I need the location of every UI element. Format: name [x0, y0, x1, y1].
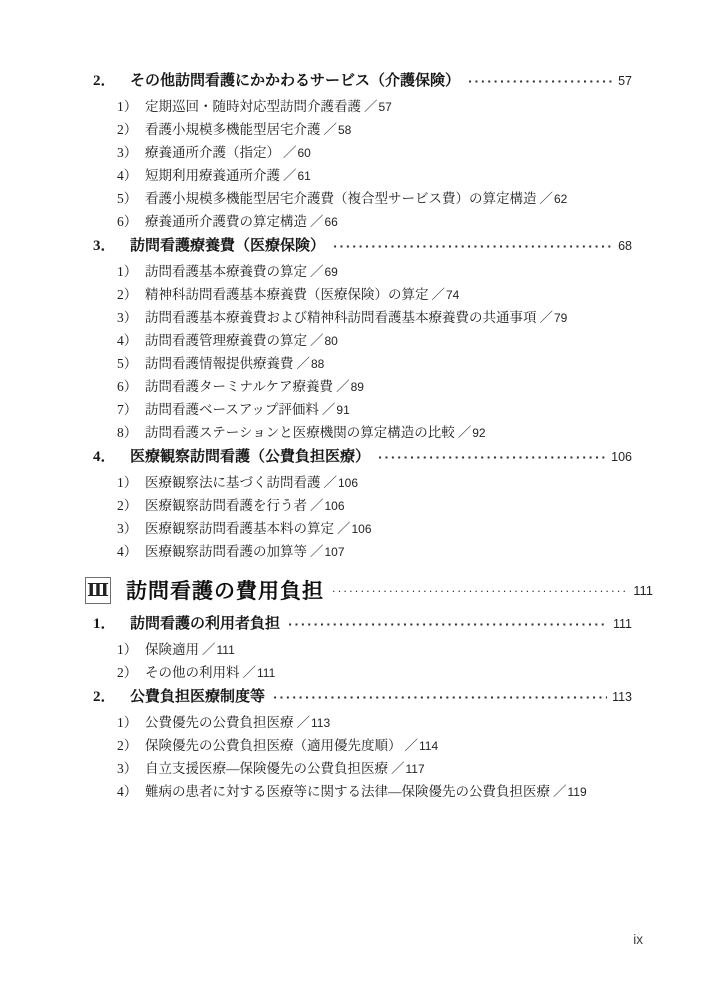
- item-page-number: 107: [325, 541, 345, 564]
- item-title: 看護小規模多機能型居宅介護: [145, 118, 321, 141]
- item-number: 3）: [117, 517, 145, 540]
- section-title: その他訪問看護にかかわるサービス（介護保険）: [130, 68, 460, 95]
- item-page-number: 60: [298, 142, 311, 165]
- dot-leader: [288, 611, 608, 638]
- toc-item: 5） 訪問看護情報提供療養費 ／ 88: [0, 352, 707, 375]
- dot-leader: [273, 684, 607, 711]
- item-page-separator: ／: [297, 352, 311, 375]
- item-number: 4）: [117, 540, 145, 563]
- toc-item: 6） 訪問看護ターミナルケア療養費 ／ 89: [0, 375, 707, 398]
- section-title: 公費負担医療制度等: [130, 684, 265, 711]
- item-page-number: 57: [379, 96, 392, 119]
- item-title: 医療観察法に基づく訪問看護: [145, 471, 321, 494]
- dot-leader: [378, 444, 606, 471]
- section-number: 3．: [93, 233, 130, 260]
- item-number: 2）: [117, 494, 145, 517]
- item-page-number: 111: [257, 662, 275, 685]
- item-page-separator: ／: [364, 95, 378, 118]
- section-page-number: 106: [611, 444, 632, 471]
- toc-part-heading: Ⅲ 訪問看護の費用負担 111: [0, 571, 707, 609]
- item-number: 1）: [117, 95, 145, 118]
- section-number: 1．: [93, 611, 130, 638]
- item-number: 8）: [117, 421, 145, 444]
- toc-item: 3） 訪問看護基本療養費および精神科訪問看護基本療養費の共通事項 ／ 79: [0, 306, 707, 329]
- section-page-number: 57: [618, 68, 632, 95]
- toc-item: 6） 療養通所介護費の算定構造 ／ 66: [0, 210, 707, 233]
- item-page-separator: ／: [324, 118, 338, 141]
- item-page-separator: ／: [310, 329, 324, 352]
- item-page-number: 62: [554, 188, 567, 211]
- item-title: 難病の患者に対する医療等に関する法律―保険優先の公費負担医療: [145, 780, 550, 803]
- toc-item: 1） 保険適用 ／ 111: [0, 638, 707, 661]
- toc-section-heading: 3． 訪問看護療養費（医療保険） 68: [0, 233, 707, 260]
- item-title: 訪問看護ベースアップ評価料: [145, 398, 319, 421]
- section-number: 2．: [93, 68, 130, 95]
- item-title: 訪問看護管理療養費の算定: [145, 329, 307, 352]
- toc-item: 1） 訪問看護基本療養費の算定 ／ 69: [0, 260, 707, 283]
- dot-leader: [332, 585, 628, 598]
- item-page-number: 91: [336, 399, 349, 422]
- item-page-separator: ／: [297, 711, 311, 734]
- item-title: 訪問看護情報提供療養費: [145, 352, 294, 375]
- item-page-number: 69: [325, 261, 338, 284]
- item-number: 1）: [117, 711, 145, 734]
- item-number: 3）: [117, 141, 145, 164]
- item-page-separator: ／: [336, 375, 350, 398]
- item-page-number: 106: [325, 495, 345, 518]
- item-page-separator: ／: [553, 780, 567, 803]
- toc-item: 7） 訪問看護ベースアップ評価料 ／ 91: [0, 398, 707, 421]
- item-number: 5）: [117, 352, 145, 375]
- toc-item: 1） 公費優先の公費負担医療 ／ 113: [0, 711, 707, 734]
- toc-section-heading: 1． 訪問看護の利用者負担 111: [0, 611, 707, 638]
- section-page-number: 68: [618, 233, 632, 260]
- item-page-separator: ／: [202, 638, 216, 661]
- item-title: 療養通所介護（指定）: [145, 141, 280, 164]
- toc-item: 3） 医療観察訪問看護基本料の算定 ／ 106: [0, 517, 707, 540]
- dot-leader: [333, 233, 613, 260]
- item-title: 公費優先の公費負担医療: [145, 711, 294, 734]
- item-page-separator: ／: [391, 757, 405, 780]
- part-title: 訪問看護の費用負担: [126, 575, 324, 605]
- item-page-separator: ／: [540, 187, 554, 210]
- item-page-separator: ／: [432, 283, 446, 306]
- item-title: 看護小規模多機能型居宅介護費（複合型サービス費）の算定構造: [145, 187, 537, 210]
- toc-item: 2） 精神科訪問看護基本療養費（医療保険）の算定 ／ 74: [0, 283, 707, 306]
- dot-leader: [468, 68, 613, 95]
- item-number: 3）: [117, 757, 145, 780]
- item-page-separator: ／: [243, 661, 257, 684]
- toc-item: 2） その他の利用料 ／ 111: [0, 661, 707, 684]
- item-number: 4）: [117, 780, 145, 803]
- table-of-contents: 2． その他訪問看護にかかわるサービス（介護保険） 57 1） 定期巡回・随時対…: [0, 68, 707, 803]
- toc-item: 2） 看護小規模多機能型居宅介護 ／ 58: [0, 118, 707, 141]
- item-title: 医療観察訪問看護を行う者: [145, 494, 307, 517]
- item-page-number: 106: [352, 518, 372, 541]
- toc-item: 5） 看護小規模多機能型居宅介護費（複合型サービス費）の算定構造 ／ 62: [0, 187, 707, 210]
- section-number: 4．: [93, 444, 130, 471]
- item-page-separator: ／: [283, 164, 297, 187]
- item-page-separator: ／: [405, 734, 419, 757]
- item-number: 2）: [117, 661, 145, 684]
- toc-item: 2） 医療観察訪問看護を行う者 ／ 106: [0, 494, 707, 517]
- toc-item: 3） 自立支援医療―保険優先の公費負担医療 ／ 117: [0, 757, 707, 780]
- item-page-number: 88: [311, 353, 324, 376]
- toc-item: 4） 難病の患者に対する医療等に関する法律―保険優先の公費負担医療 ／ 119: [0, 780, 707, 803]
- section-page-number: 111: [613, 611, 632, 638]
- part-page-number: 111: [633, 583, 653, 598]
- item-number: 4）: [117, 164, 145, 187]
- item-title: 訪問看護基本療養費および精神科訪問看護基本療養費の共通事項: [145, 306, 537, 329]
- item-page-number: 58: [338, 119, 351, 142]
- item-number: 1）: [117, 471, 145, 494]
- toc-item: 3） 療養通所介護（指定） ／ 60: [0, 141, 707, 164]
- item-page-separator: ／: [540, 306, 554, 329]
- folio-page-number: ix: [633, 932, 643, 947]
- toc-item: 8） 訪問看護ステーションと医療機関の算定構造の比較 ／ 92: [0, 421, 707, 444]
- item-number: 6）: [117, 210, 145, 233]
- item-page-number: 66: [325, 211, 338, 234]
- part-number-badge: Ⅲ: [85, 577, 111, 604]
- toc-item: 1） 医療観察法に基づく訪問看護 ／ 106: [0, 471, 707, 494]
- item-page-number: 119: [568, 781, 587, 804]
- item-title: 保険適用: [145, 638, 199, 661]
- item-page-separator: ／: [310, 210, 324, 233]
- item-title: 精神科訪問看護基本療養費（医療保険）の算定: [145, 283, 429, 306]
- item-title: 医療観察訪問看護基本料の算定: [145, 517, 334, 540]
- item-page-number: 80: [325, 330, 338, 353]
- item-page-number: 89: [351, 376, 364, 399]
- item-page-number: 106: [338, 472, 358, 495]
- item-number: 7）: [117, 398, 145, 421]
- item-title: 短期利用療養通所介護: [145, 164, 280, 187]
- item-number: 1）: [117, 638, 145, 661]
- toc-item: 4） 訪問看護管理療養費の算定 ／ 80: [0, 329, 707, 352]
- item-number: 4）: [117, 329, 145, 352]
- item-number: 5）: [117, 187, 145, 210]
- item-page-separator: ／: [337, 517, 351, 540]
- item-number: 3）: [117, 306, 145, 329]
- item-number: 2）: [117, 734, 145, 757]
- item-page-separator: ／: [283, 141, 297, 164]
- toc-section-heading: 2． 公費負担医療制度等 113: [0, 684, 707, 711]
- section-number: 2．: [93, 684, 130, 711]
- item-title: 訪問看護ターミナルケア療養費: [145, 375, 333, 398]
- item-page-number: 114: [419, 735, 438, 758]
- item-number: 1）: [117, 260, 145, 283]
- item-page-number: 92: [472, 422, 485, 445]
- item-page-number: 111: [217, 639, 235, 662]
- item-title: 保険優先の公費負担医療（適用優先度順）: [145, 734, 402, 757]
- section-title: 医療観察訪問看護（公費負担医療）: [130, 444, 370, 471]
- item-title: 訪問看護ステーションと医療機関の算定構造の比較: [145, 421, 455, 444]
- item-title: 医療観察訪問看護の加算等: [145, 540, 307, 563]
- item-page-separator: ／: [310, 494, 324, 517]
- toc-item: 4） 医療観察訪問看護の加算等 ／ 107: [0, 540, 707, 563]
- item-page-number: 61: [298, 165, 311, 188]
- section-title: 訪問看護の利用者負担: [130, 611, 280, 638]
- item-page-separator: ／: [458, 421, 472, 444]
- item-title: その他の利用料: [145, 661, 240, 684]
- item-page-number: 117: [406, 758, 425, 781]
- item-number: 2）: [117, 118, 145, 141]
- item-title: 療養通所介護費の算定構造: [145, 210, 307, 233]
- section-page-number: 113: [612, 684, 632, 711]
- item-number: 2）: [117, 283, 145, 306]
- item-page-number: 113: [311, 712, 330, 735]
- item-number: 6）: [117, 375, 145, 398]
- item-page-separator: ／: [310, 260, 324, 283]
- toc-section-heading: 2． その他訪問看護にかかわるサービス（介護保険） 57: [0, 68, 707, 95]
- item-title: 定期巡回・随時対応型訪問介護看護: [145, 95, 361, 118]
- item-title: 訪問看護基本療養費の算定: [145, 260, 307, 283]
- toc-section-heading: 4． 医療観察訪問看護（公費負担医療） 106: [0, 444, 707, 471]
- toc-item: 2） 保険優先の公費負担医療（適用優先度順） ／ 114: [0, 734, 707, 757]
- item-page-separator: ／: [324, 471, 338, 494]
- item-page-separator: ／: [310, 540, 324, 563]
- item-title: 自立支援医療―保険優先の公費負担医療: [145, 757, 388, 780]
- toc-item: 4） 短期利用療養通所介護 ／ 61: [0, 164, 707, 187]
- item-page-number: 79: [554, 307, 567, 330]
- item-page-separator: ／: [322, 398, 336, 421]
- item-page-number: 74: [446, 284, 459, 307]
- toc-item: 1） 定期巡回・随時対応型訪問介護看護 ／ 57: [0, 95, 707, 118]
- section-title: 訪問看護療養費（医療保険）: [130, 233, 325, 260]
